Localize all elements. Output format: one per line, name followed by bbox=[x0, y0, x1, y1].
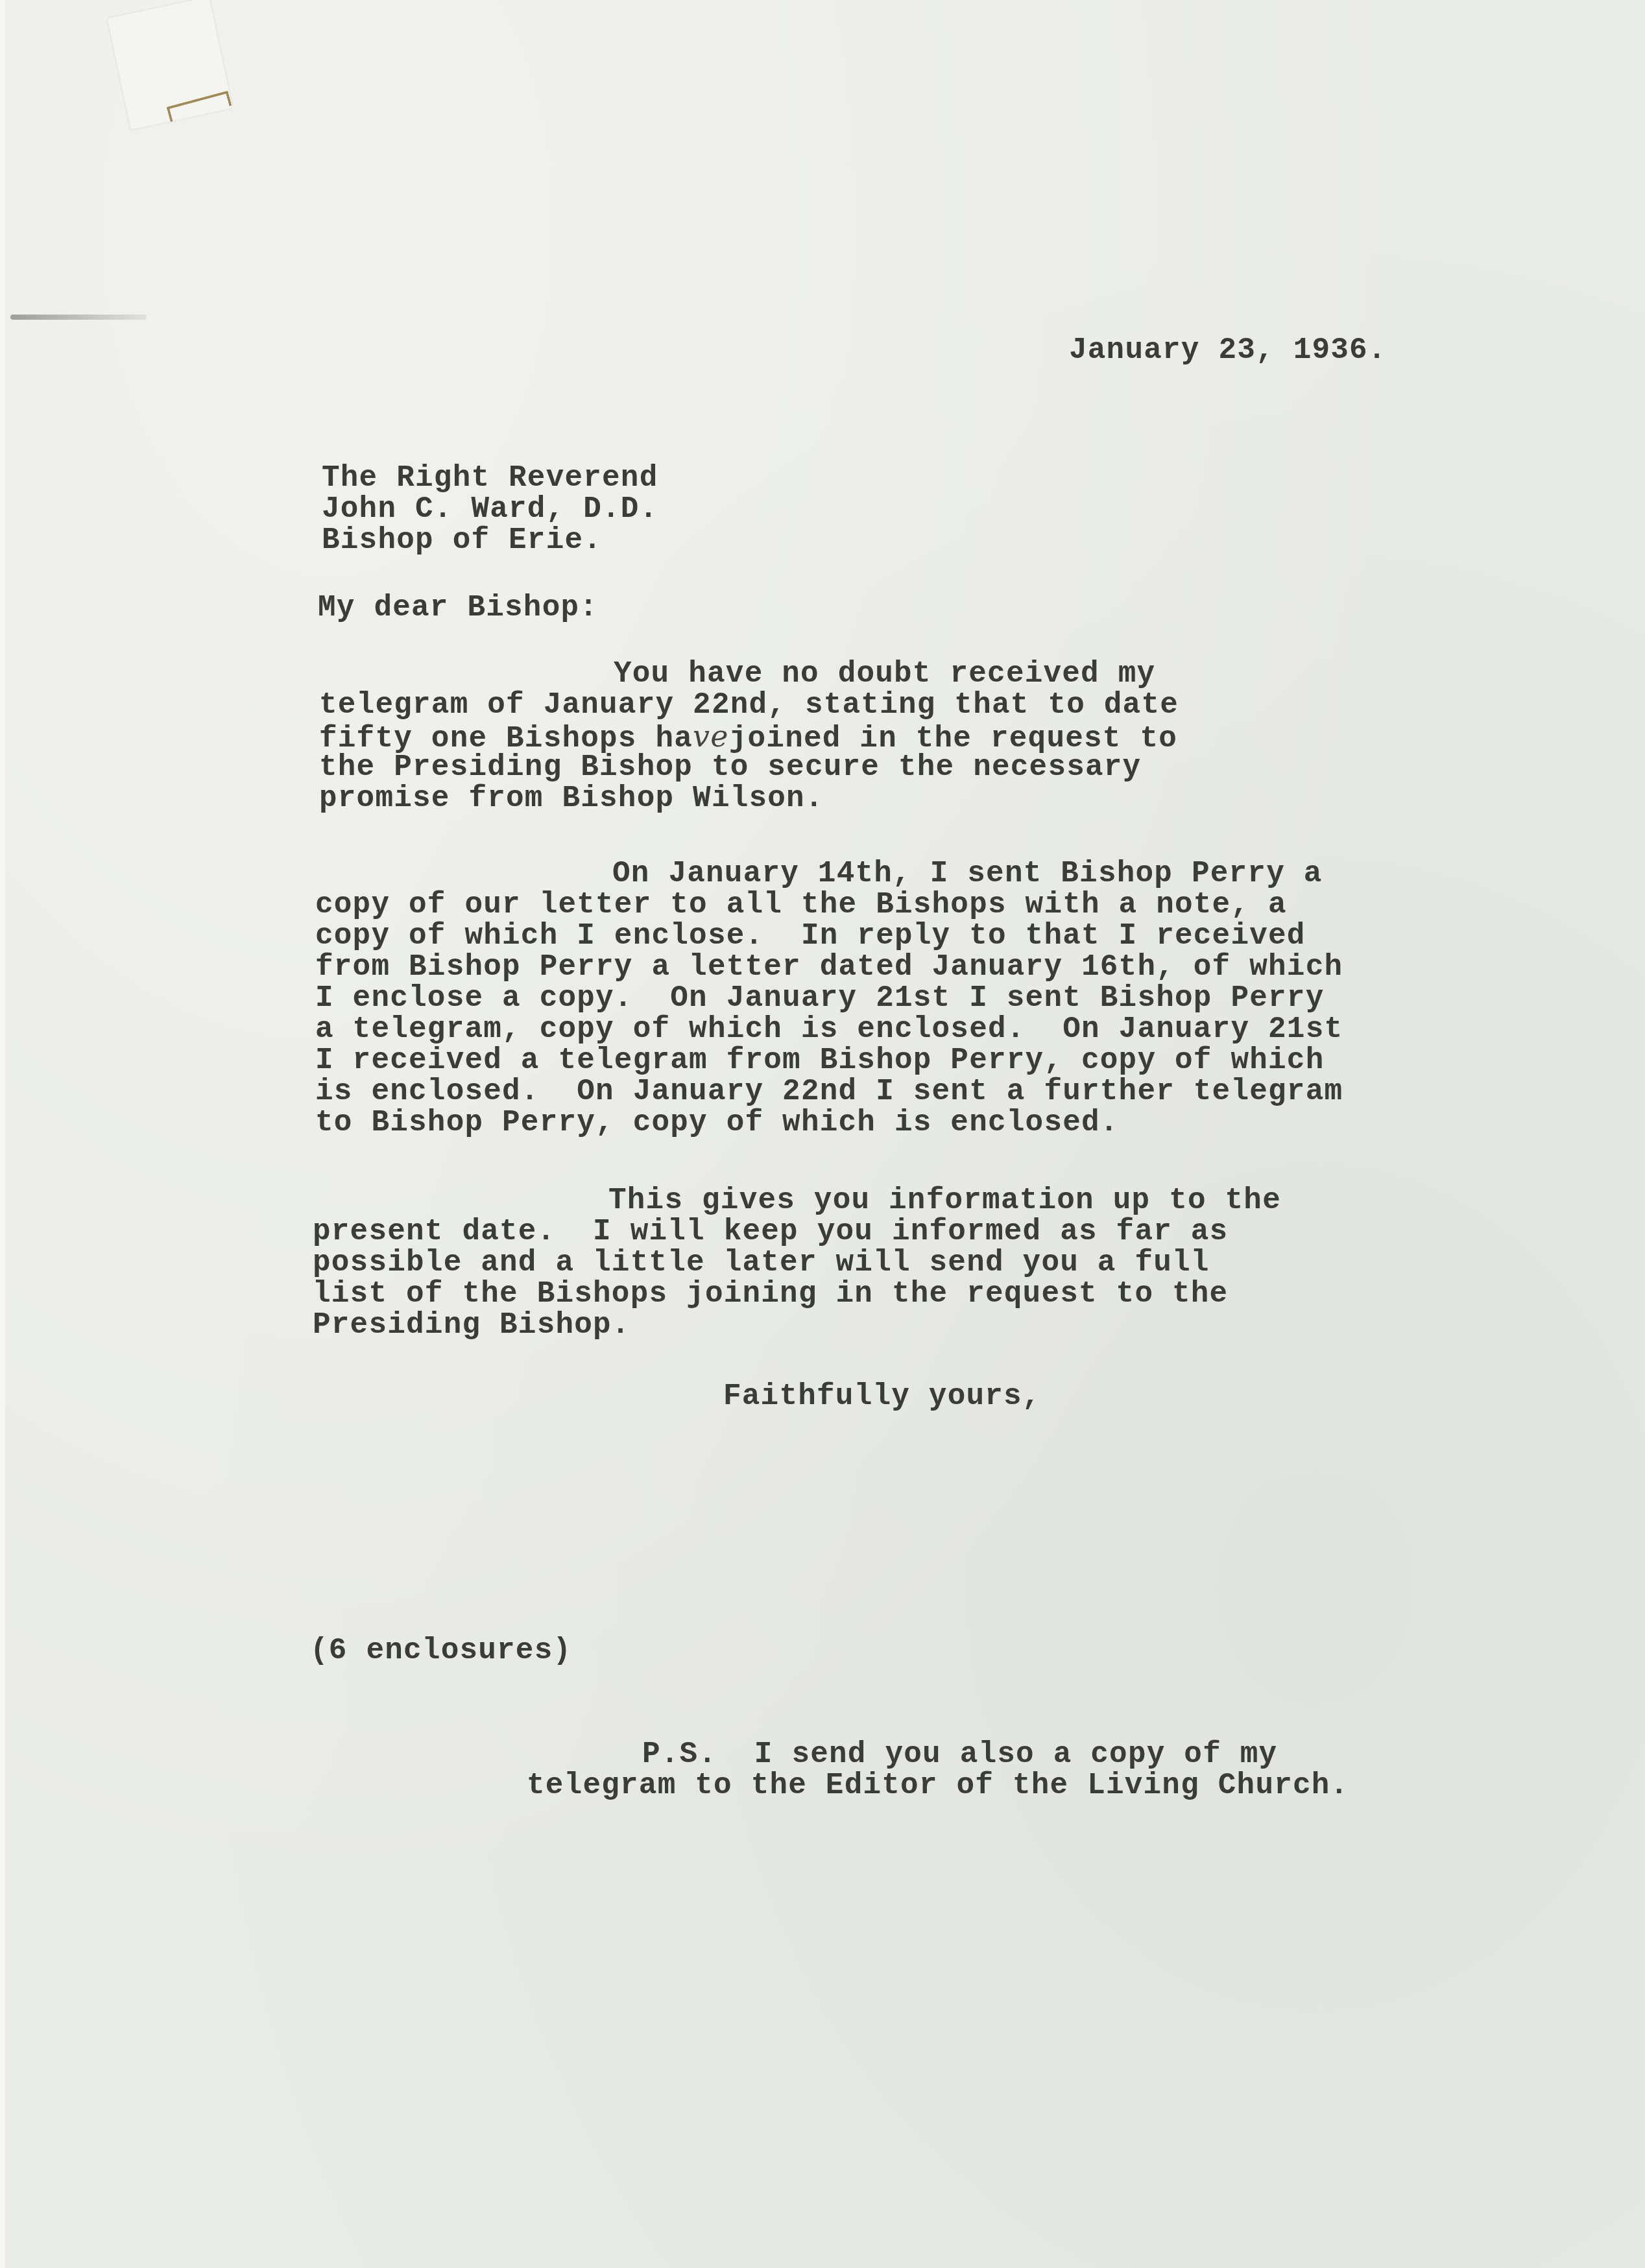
paragraph-line: promise from Bishop Wilson. bbox=[319, 782, 824, 815]
paragraph-line: present date. I will keep you informed a… bbox=[313, 1215, 1228, 1248]
salutation: My dear Bishop: bbox=[318, 591, 598, 624]
recipient-line: The Right Reverend bbox=[322, 462, 658, 494]
paragraph-line: I received a telegram from Bishop Perry,… bbox=[315, 1044, 1324, 1077]
paragraph-line: a telegram, copy of which is enclosed. O… bbox=[315, 1013, 1343, 1045]
postscript-line: P.S. I send you also a copy of my bbox=[642, 1738, 1277, 1771]
paragraph-line: telegram of January 22nd, stating that t… bbox=[319, 689, 1179, 721]
scan-edge bbox=[0, 0, 5, 2268]
paragraph-line: from Bishop Perry a letter dated January… bbox=[315, 951, 1343, 983]
paragraph-line: to Bishop Perry, copy of which is enclos… bbox=[315, 1106, 1119, 1139]
paragraph-line: This gives you information up to the bbox=[608, 1184, 1281, 1217]
closing: Faithfully yours, bbox=[723, 1380, 1041, 1413]
enclosures-note: (6 enclosures) bbox=[310, 1634, 571, 1667]
paragraph-line: I enclose a copy. On January 21st I sent… bbox=[315, 982, 1324, 1014]
paragraph-line: On January 14th, I sent Bishop Perry a bbox=[612, 857, 1323, 890]
pencil-smudge bbox=[10, 315, 147, 320]
letter-date: January 23, 1936. bbox=[1069, 334, 1387, 366]
paragraph-line: copy of which I enclose. In reply to tha… bbox=[315, 920, 1306, 952]
recipient-line: John C. Ward, D.D. bbox=[322, 493, 658, 525]
paragraph-line: is enclosed. On January 22nd I sent a fu… bbox=[315, 1075, 1343, 1108]
handwritten-correction: ve bbox=[693, 719, 729, 754]
paragraph-line: list of the Bishops joining in the reque… bbox=[313, 1278, 1228, 1310]
paragraph-line: copy of our letter to all the Bishops wi… bbox=[315, 889, 1287, 921]
paragraph-line: Presiding Bishop. bbox=[313, 1309, 630, 1341]
recipient-line: Bishop of Erie. bbox=[322, 524, 602, 556]
paragraph-line: You have no doubt received my bbox=[614, 658, 1155, 690]
paragraph-line: the Presiding Bishop to secure the neces… bbox=[319, 751, 1141, 783]
paragraph-line: possible and a little later will send yo… bbox=[313, 1247, 1210, 1279]
postscript-line: telegram to the Editor of the Living Chu… bbox=[527, 1769, 1349, 1802]
paragraph-line: fifty one Bishops havejoined in the requ… bbox=[319, 720, 1177, 755]
